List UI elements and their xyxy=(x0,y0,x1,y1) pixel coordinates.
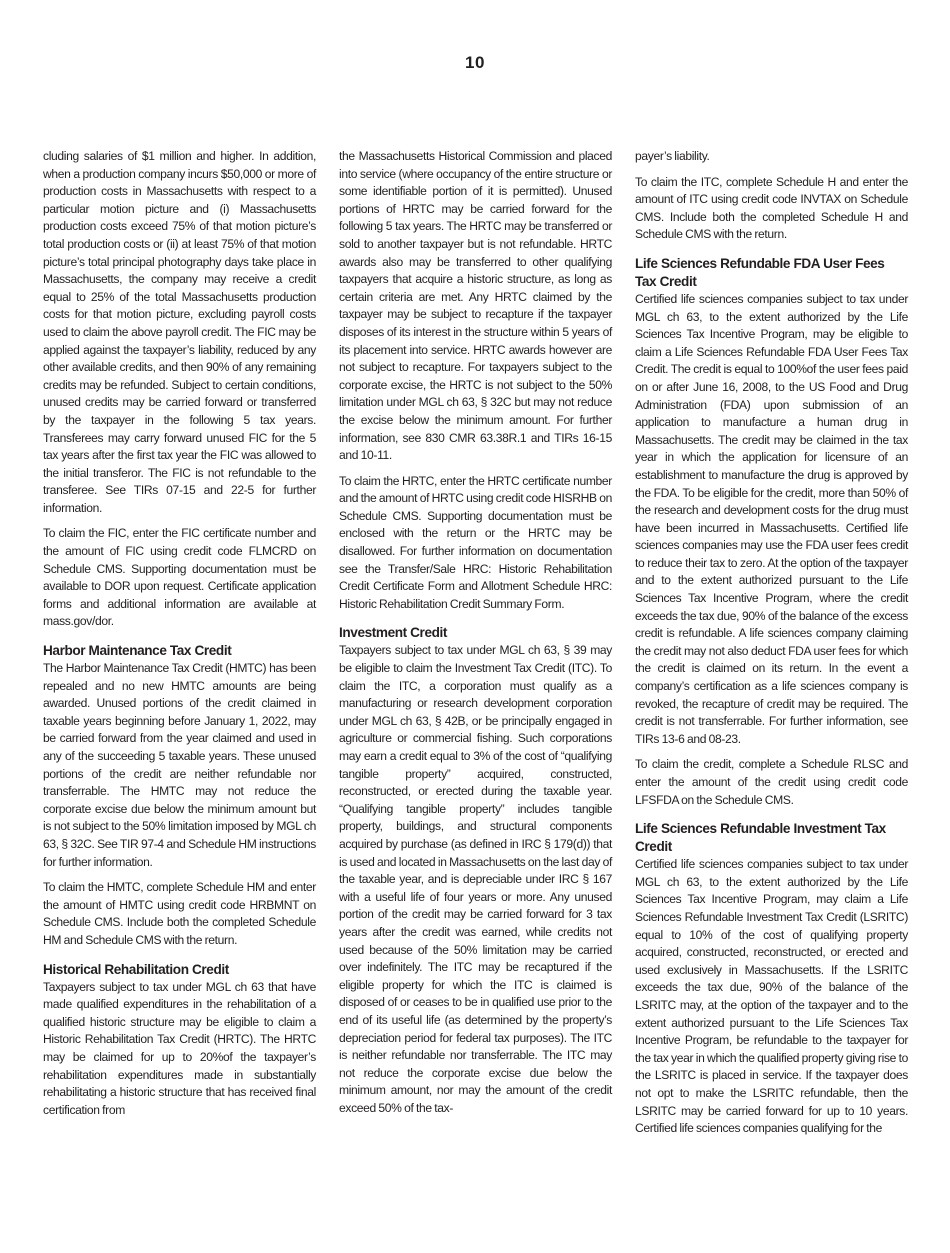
heading-historical-rehabilitation: Historical Rehabilitation Credit xyxy=(43,961,316,979)
heading-life-sciences-fda: Life Sciences Refundable FDA User Fees T… xyxy=(635,255,908,291)
page-number: 10 xyxy=(0,53,950,73)
paragraph-lsritc: Certified life sciences companies subjec… xyxy=(635,856,908,1138)
paragraph-claim-hrtc: To claim the HRTC, enter the HRTC certif… xyxy=(339,473,612,614)
heading-harbor-maintenance: Harbor Maintenance Tax Credit xyxy=(43,642,316,660)
paragraph-hmtc: The Harbor Maintenance Tax Credit (HMTC)… xyxy=(43,660,316,871)
paragraph-claim-hmtc: To claim the HMTC, complete Schedule HM … xyxy=(43,879,316,949)
text-columns: cluding salaries of $1 million and highe… xyxy=(43,148,908,1146)
paragraph-film-credit-continued: cluding salaries of $1 million and highe… xyxy=(43,148,316,517)
column-2: the Massachusetts Historical Commission … xyxy=(339,148,612,1146)
column-1: cluding salaries of $1 million and highe… xyxy=(43,148,316,1146)
heading-life-sciences-investment: Life Sciences Refundable Investment Tax … xyxy=(635,820,908,856)
paragraph-itc-continued: payer’s liability. xyxy=(635,148,908,166)
paragraph-claim-fda-credit: To claim the credit, complete a Schedule… xyxy=(635,756,908,809)
paragraph-hrtc-continued: the Massachusetts Historical Commission … xyxy=(339,148,612,465)
column-3: payer’s liability. To claim the ITC, com… xyxy=(635,148,908,1146)
heading-investment-credit: Investment Credit xyxy=(339,624,612,642)
paragraph-itc: Taxpayers subject to tax under MGL ch 63… xyxy=(339,642,612,1117)
paragraph-hrtc: Taxpayers subject to tax under MGL ch 63… xyxy=(43,979,316,1120)
paragraph-claim-itc: To claim the ITC, complete Schedule H an… xyxy=(635,174,908,244)
paragraph-claim-fic: To claim the FIC, enter the FIC certific… xyxy=(43,525,316,631)
paragraph-life-sciences-fda: Certified life sciences companies subjec… xyxy=(635,291,908,748)
